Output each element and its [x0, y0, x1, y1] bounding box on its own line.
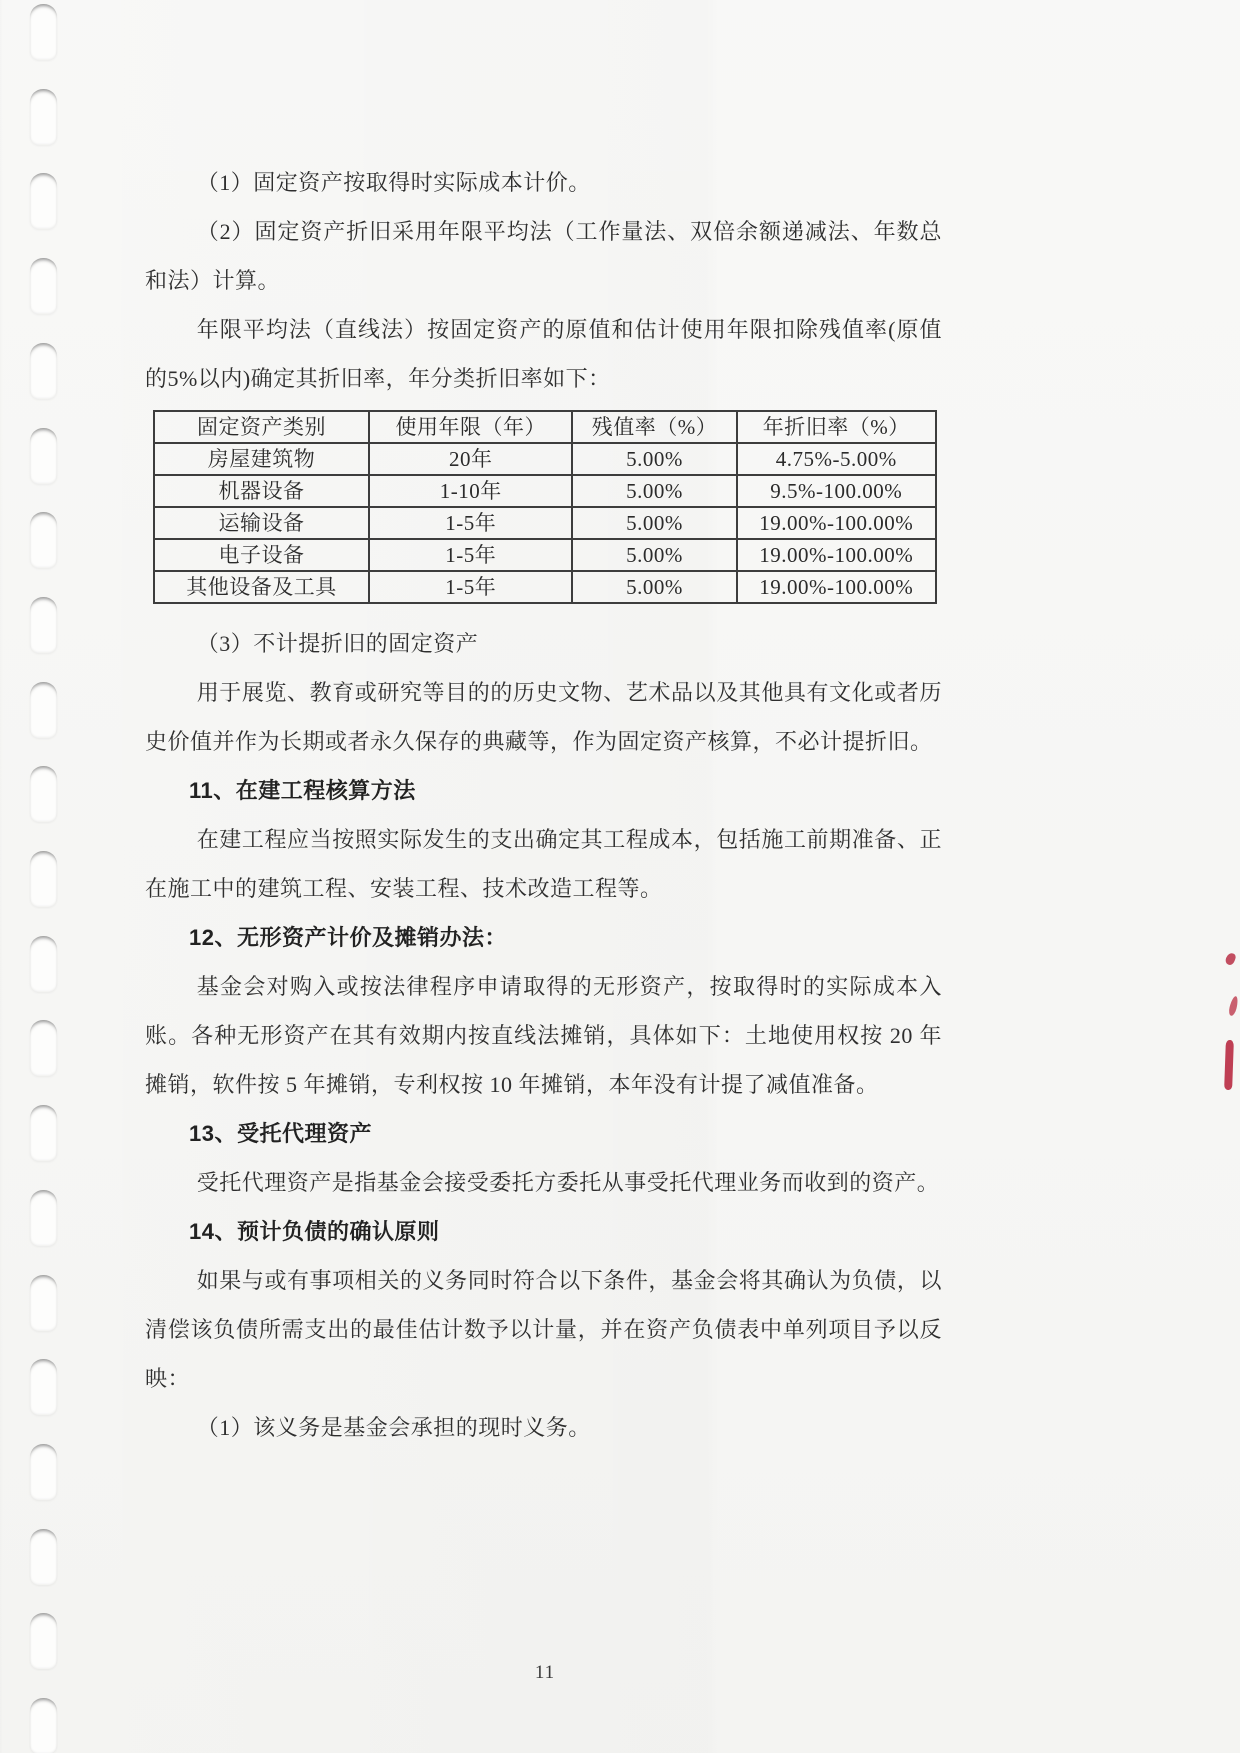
page-content: （1）固定资产按取得时实际成本计价。 （2）固定资产折旧采用年限平均法（工作量法…: [145, 158, 942, 1452]
cell-useful-life: 20年: [369, 443, 572, 475]
binder-hole: [30, 851, 57, 907]
binder-hole: [30, 173, 57, 229]
binder-hole: [30, 4, 57, 60]
cell-asset-category: 运输设备: [154, 507, 369, 539]
cell-asset-category: 电子设备: [154, 539, 369, 571]
para-depreciation-method: （2）固定资产折旧采用年限平均法（工作量法、双倍余额递减法、年数总和法）计算。: [145, 207, 942, 305]
table-row: 机器设备 1-10年 5.00% 9.5%-100.00%: [154, 475, 936, 507]
binder-hole: [30, 1105, 57, 1161]
cell-useful-life: 1-5年: [369, 539, 572, 571]
heading-intangible-assets: 12、无形资产计价及摊销办法：: [145, 913, 942, 962]
cell-annual-rate: 9.5%-100.00%: [737, 475, 936, 507]
heading-entrusted-assets: 13、受托代理资产: [145, 1109, 942, 1158]
cell-residual-rate: 5.00%: [572, 571, 736, 603]
col-header-asset-category: 固定资产类别: [154, 411, 369, 443]
cell-annual-rate: 19.00%-100.00%: [737, 539, 936, 571]
cell-residual-rate: 5.00%: [572, 539, 736, 571]
heading-construction-in-progress: 11、在建工程核算方法: [145, 766, 942, 815]
binder-hole: [30, 682, 57, 738]
page-number: 11: [515, 1662, 575, 1684]
table-row: 房屋建筑物 20年 5.00% 4.75%-5.00%: [154, 443, 936, 475]
table-header-row: 固定资产类别 使用年限（年） 残值率（%） 年折旧率（%）: [154, 411, 936, 443]
para-heritage-items: 用于展览、教育或研究等目的的历史文物、艺术品以及其他具有文化或者历史价值并作为长…: [145, 668, 942, 766]
para-entrusted-assets: 受托代理资产是指基金会接受委托方委托从事受托代理业务而收到的资产。: [145, 1158, 942, 1207]
table-row: 运输设备 1-5年 5.00% 19.00%-100.00%: [154, 507, 936, 539]
binder-hole: [30, 1275, 57, 1331]
depreciation-table-body: 房屋建筑物 20年 5.00% 4.75%-5.00% 机器设备 1-10年 5…: [154, 443, 936, 603]
red-ink-mark: [1224, 1040, 1234, 1090]
para-estimated-liabilities: 如果与或有事项相关的义务同时符合以下条件，基金会将其确认为负债，以清偿该负债所需…: [145, 1256, 942, 1403]
depreciation-table-header: 固定资产类别 使用年限（年） 残值率（%） 年折旧率（%）: [154, 411, 936, 443]
cell-useful-life: 1-5年: [369, 571, 572, 603]
red-ink-mark: [1224, 952, 1237, 966]
binder-hole: [30, 258, 57, 314]
para-present-obligation: （1）该义务是基金会承担的现时义务。: [145, 1403, 942, 1452]
binder-hole: [30, 936, 57, 992]
table-row: 电子设备 1-5年 5.00% 19.00%-100.00%: [154, 539, 936, 571]
cell-asset-category: 房屋建筑物: [154, 443, 369, 475]
cell-useful-life: 1-10年: [369, 475, 572, 507]
col-header-residual-rate: 残值率（%）: [572, 411, 736, 443]
cell-asset-category: 其他设备及工具: [154, 571, 369, 603]
cell-annual-rate: 19.00%-100.00%: [737, 571, 936, 603]
binder-hole: [30, 89, 57, 145]
binder-hole: [30, 343, 57, 399]
cell-annual-rate: 19.00%-100.00%: [737, 507, 936, 539]
cell-residual-rate: 5.00%: [572, 443, 736, 475]
red-ink-mark: [1228, 995, 1240, 1016]
cell-residual-rate: 5.00%: [572, 507, 736, 539]
para-intangible-assets: 基金会对购入或按法律程序申请取得的无形资产，按取得时的实际成本入账。各种无形资产…: [145, 962, 942, 1109]
binder-hole: [30, 1698, 57, 1753]
cell-asset-category: 机器设备: [154, 475, 369, 507]
binder-hole: [30, 428, 57, 484]
heading-estimated-liabilities: 14、预计负债的确认原则: [145, 1207, 942, 1256]
para-construction-in-progress: 在建工程应当按照实际发生的支出确定其工程成本，包括施工前期准备、正在施工中的建筑…: [145, 815, 942, 913]
binder-hole: [30, 1529, 57, 1585]
binder-hole: [30, 597, 57, 653]
col-header-useful-life: 使用年限（年）: [369, 411, 572, 443]
binder-hole: [30, 1020, 57, 1076]
col-header-annual-depreciation-rate: 年折旧率（%）: [737, 411, 936, 443]
cell-residual-rate: 5.00%: [572, 475, 736, 507]
cell-useful-life: 1-5年: [369, 507, 572, 539]
para-fixed-asset-valuation: （1）固定资产按取得时实际成本计价。: [145, 158, 942, 207]
para-non-depreciated-assets: （3）不计提折旧的固定资产: [145, 619, 942, 668]
table-row: 其他设备及工具 1-5年 5.00% 19.00%-100.00%: [154, 571, 936, 603]
binder-hole: [30, 1190, 57, 1246]
binder-hole: [30, 1444, 57, 1500]
depreciation-table: 固定资产类别 使用年限（年） 残值率（%） 年折旧率（%） 房屋建筑物 20年 …: [153, 410, 937, 604]
binder-hole: [30, 512, 57, 568]
binder-hole: [30, 766, 57, 822]
para-straight-line-intro: 年限平均法（直线法）按固定资产的原值和估计使用年限扣除残值率(原值的5%以内)确…: [145, 305, 942, 403]
cell-annual-rate: 4.75%-5.00%: [737, 443, 936, 475]
binder-hole: [30, 1613, 57, 1669]
document-page: （1）固定资产按取得时实际成本计价。 （2）固定资产折旧采用年限平均法（工作量法…: [0, 0, 1240, 1753]
binder-hole: [30, 1359, 57, 1415]
